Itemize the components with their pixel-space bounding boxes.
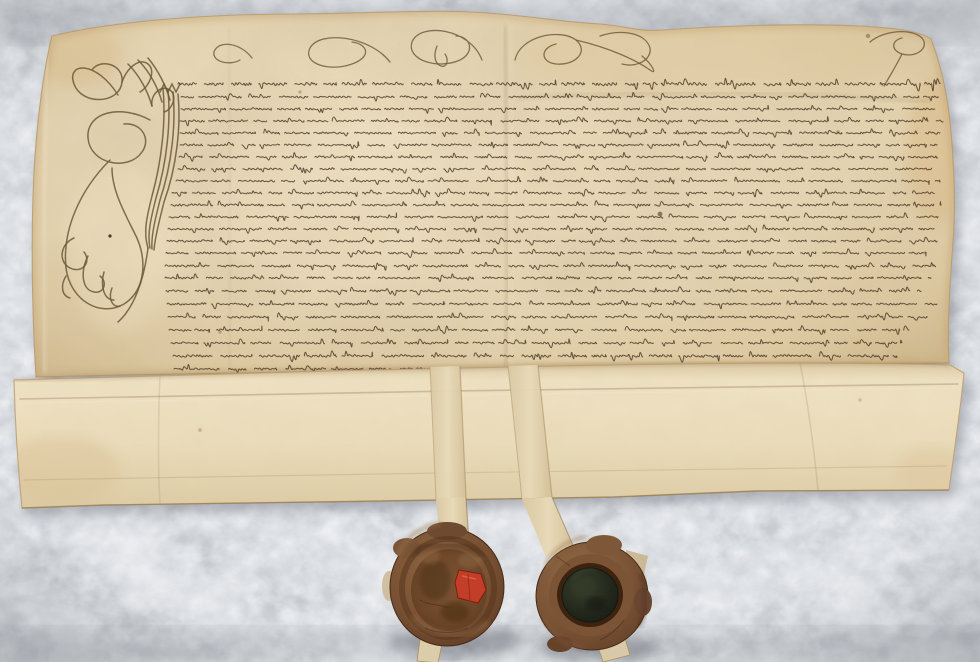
seal-matrix-impression bbox=[562, 568, 618, 622]
charter-photo: Photograph of a 16th-century parchment c… bbox=[0, 0, 980, 662]
right-seal-rim-bump bbox=[586, 535, 622, 555]
red-wax-fragment bbox=[455, 570, 486, 603]
parchment-texture bbox=[0, 0, 980, 400]
photo-stage: Photograph of a 16th-century parchment c… bbox=[0, 0, 980, 662]
parchment-sheet bbox=[0, 0, 980, 400]
ink-dot bbox=[108, 234, 111, 237]
